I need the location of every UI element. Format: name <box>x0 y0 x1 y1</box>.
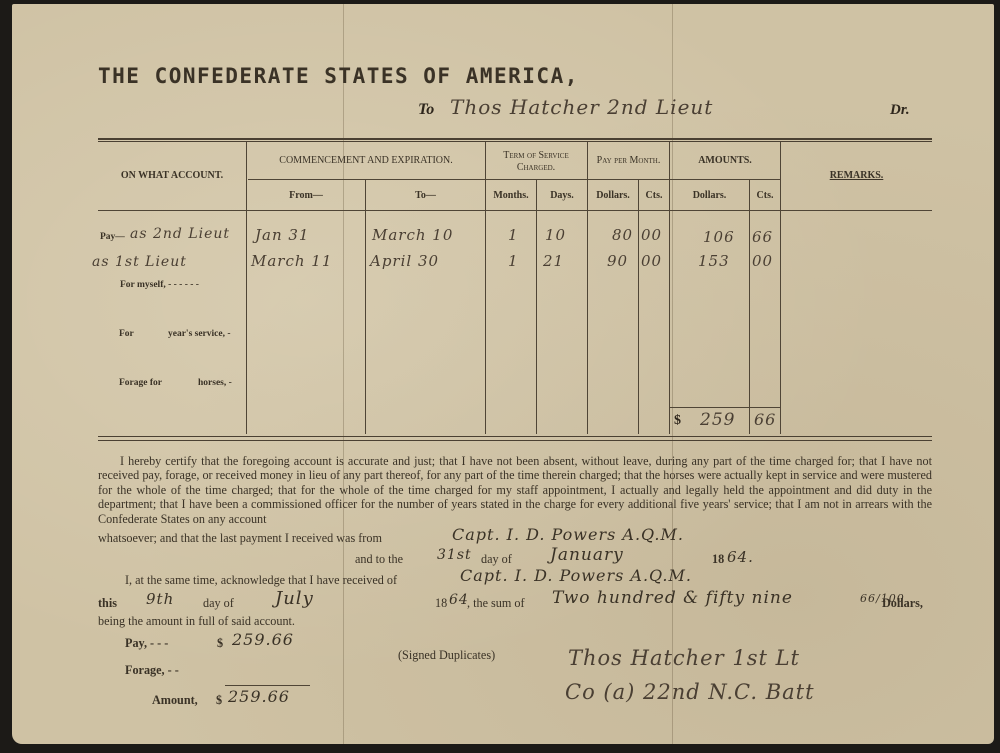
header-pay-dollars: Dollars. <box>588 190 638 202</box>
row1-from: Jan 31 <box>255 226 309 244</box>
fold-line <box>343 4 344 744</box>
header-amount-dollars: Dollars. <box>670 190 749 202</box>
row2-from: March 11 <box>251 252 332 270</box>
row1-months: 1 <box>508 226 519 244</box>
column-divider <box>246 142 247 434</box>
dollars-label: Dollars, <box>882 596 923 611</box>
pay-summary-label: Pay, - - - <box>125 636 168 651</box>
ack-year: 64 <box>449 592 469 608</box>
row1-amount-cts: 66 <box>752 228 773 246</box>
forage-for-label: Forage for <box>119 378 162 388</box>
header-on-what-account: ON WHAT ACCOUNT. <box>98 170 246 182</box>
certification-text: I hereby certify that the foregoing acco… <box>98 454 932 526</box>
row2-amount-cts: 00 <box>752 252 773 270</box>
header-to: To— <box>366 190 485 202</box>
row2-pay-dollars: 90 <box>607 252 628 270</box>
this-label: this <box>98 596 117 611</box>
row2-account: as 1st Lieut <box>92 254 187 270</box>
received-of-name: Capt. I. D. Powers A.Q.M. <box>460 566 692 585</box>
payee-name: Thos Hatcher 2nd Lieut <box>450 95 713 119</box>
header-pay-per-month: Pay per Month. <box>588 155 669 167</box>
header-pay-cts: Cts. <box>639 190 669 202</box>
table-bottom-rule <box>98 436 932 437</box>
column-divider <box>638 180 639 434</box>
ack-day-of-label: day of <box>203 596 234 611</box>
header-months: Months. <box>486 190 536 202</box>
pay-summary-currency: $ <box>217 636 223 651</box>
signature-name: Thos Hatcher 1st Lt <box>568 646 800 670</box>
header-amounts: AMOUNTS. <box>670 155 780 167</box>
header-from: From— <box>247 190 365 202</box>
row1-pay-dollars: 80 <box>612 226 633 244</box>
to-label: To <box>418 101 434 119</box>
day-of-label: day of <box>481 552 512 567</box>
last-payment-from: Capt. I. D. Powers A.Q.M. <box>452 525 684 544</box>
summary-total-rule <box>225 685 310 686</box>
column-divider <box>587 142 588 434</box>
ack-day: 9th <box>146 590 174 608</box>
last-payment-day: 31st <box>437 547 472 563</box>
header-commencement: COMMENCEMENT AND EXPIRATION. <box>247 155 485 167</box>
last-payment-year-prefix: 18 <box>712 552 724 567</box>
certification-paragraph: I hereby certify that the foregoing acco… <box>98 454 932 526</box>
header-bottom-rule <box>98 210 932 211</box>
table-top-rule <box>98 138 932 140</box>
amount-summary-value: 259.66 <box>228 687 290 706</box>
being-amount-label: being the amount in full of said account… <box>98 614 295 629</box>
sum-of-label: , the sum of <box>467 596 525 611</box>
last-payment-year: 64. <box>727 548 754 566</box>
column-divider <box>749 180 750 434</box>
column-divider <box>536 180 537 434</box>
total-dollars: 259 <box>700 410 735 430</box>
for-myself-label: For myself, - - - - - - <box>120 280 199 290</box>
column-divider <box>780 142 781 434</box>
row2-months: 1 <box>508 252 519 270</box>
header-remarks: REMARKS. <box>781 170 932 182</box>
last-payment-month: January <box>550 545 624 565</box>
total-divider <box>670 407 780 408</box>
header-divider <box>248 179 780 180</box>
column-divider <box>365 180 366 434</box>
row2-amount-dollars: 153 <box>698 252 730 270</box>
row1-account: as 2nd Lieut <box>130 226 230 242</box>
signature-unit: Co (a) 22nd N.C. Batt <box>565 680 815 704</box>
row2-days: 21 <box>543 252 564 270</box>
total-cts: 66 <box>754 410 776 429</box>
horses-label: horses, - <box>198 378 232 388</box>
row1-pay-cts: 00 <box>641 226 662 244</box>
acknowledgement-prefix: I, at the same time, acknowledge that I … <box>125 573 397 588</box>
forage-summary-label: Forage, - - <box>125 663 179 678</box>
total-currency: $ <box>674 413 681 429</box>
amount-summary-currency: $ <box>216 693 222 708</box>
header-term-of-service: Term of Service Charged. <box>490 150 582 174</box>
amount-summary-label: Amount, <box>152 693 198 708</box>
dr-label: Dr. <box>890 102 910 119</box>
table-top-rule <box>98 141 932 142</box>
last-payment-prefix: whatsoever; and that the last payment I … <box>98 531 382 546</box>
column-divider <box>669 142 670 434</box>
table-bottom-rule <box>98 440 932 441</box>
row1-days: 10 <box>545 226 566 244</box>
ack-month: July <box>275 588 314 609</box>
row2-to: April 30 <box>370 252 439 270</box>
and-to-the-label: and to the <box>355 552 403 567</box>
for-label: For <box>119 329 134 339</box>
years-service-label: year's service, - <box>168 329 231 339</box>
row2-pay-cts: 00 <box>641 252 662 270</box>
ack-year-prefix: 18 <box>435 596 447 611</box>
header-days: Days. <box>537 190 587 202</box>
row1-amount-dollars: 106 <box>703 228 735 246</box>
signed-duplicates-label: (Signed Duplicates) <box>398 648 495 663</box>
row1-to: March 10 <box>372 226 453 244</box>
pay-summary-value: 259.66 <box>232 630 294 649</box>
pay-label: Pay— <box>100 232 125 242</box>
header-amount-cts: Cts. <box>750 190 780 202</box>
column-divider <box>485 142 486 434</box>
sum-in-words: Two hundred & fifty nine <box>552 588 793 608</box>
document-title: THE CONFEDERATE STATES OF AMERICA, <box>98 64 579 88</box>
